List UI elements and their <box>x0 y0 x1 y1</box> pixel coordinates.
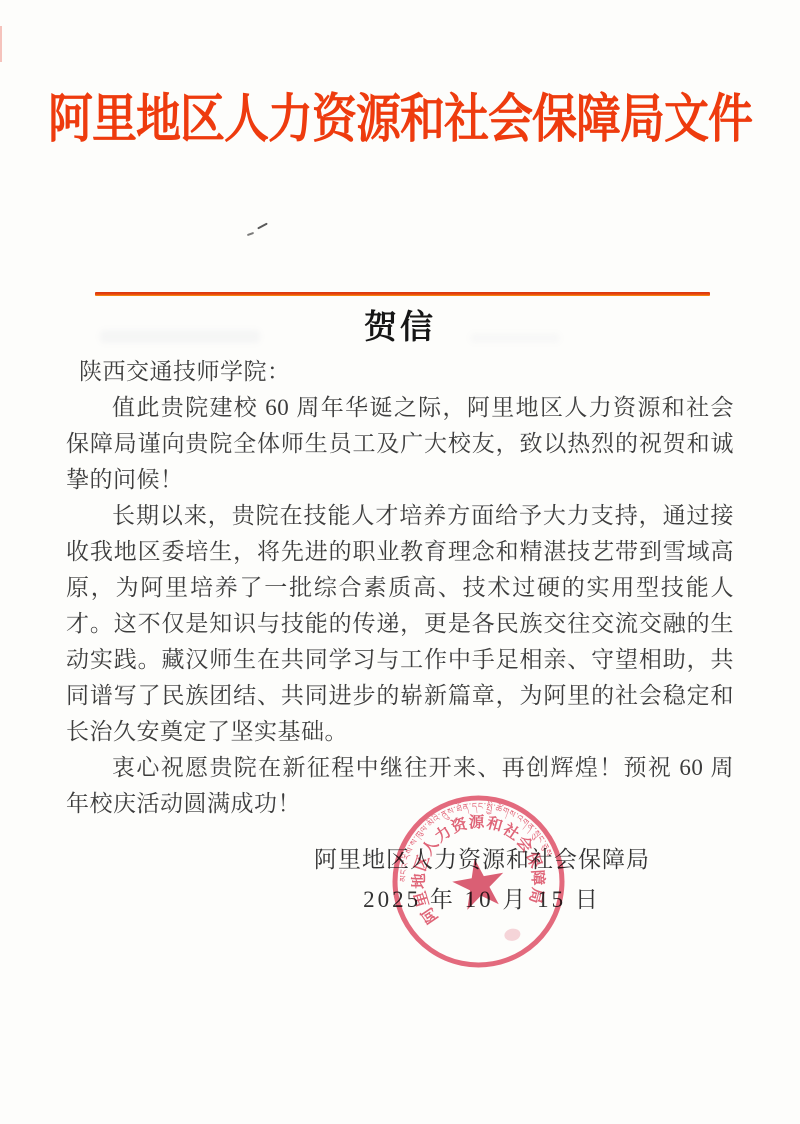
letter-body: 陕西交通技师学院： 值此贵院建校 60 周年华诞之际，阿里地区人力资源和社会保障… <box>66 354 734 822</box>
scan-edge-artifact <box>0 26 2 62</box>
seal-ink-smudge <box>503 927 521 942</box>
official-seal: མངའ་རིས་ས་ཁུལ་མིའི་ནུས་ཐོན་དང་སྤྱི་ཚོགས་… <box>376 779 581 984</box>
paragraph-2: 长期以来，贵院在技能人才培养方面给予大力支持，通过接收我地区委培生，将先进的职业… <box>66 498 734 750</box>
letterhead-title-text: 阿里地区人力资源和社会保障局文件 <box>48 85 752 152</box>
document-title: 贺信 <box>0 306 800 350</box>
salutation: 陕西交通技师学院： <box>66 354 734 390</box>
paragraph-1: 值此贵院建校 60 周年华诞之际，阿里地区人力资源和社会保障局谨向贵院全体师生员… <box>66 390 734 498</box>
document-page: 阿里地区人力资源和社会保障局文件 贺信 陕西交通技师学院： 值此贵院建校 60 … <box>0 0 800 1124</box>
letterhead-rule <box>95 292 710 296</box>
letterhead-title: 阿里地区人力资源和社会保障局文件 <box>0 0 800 148</box>
pen-mark-artifact <box>245 222 271 240</box>
seal-star-icon <box>449 854 508 911</box>
